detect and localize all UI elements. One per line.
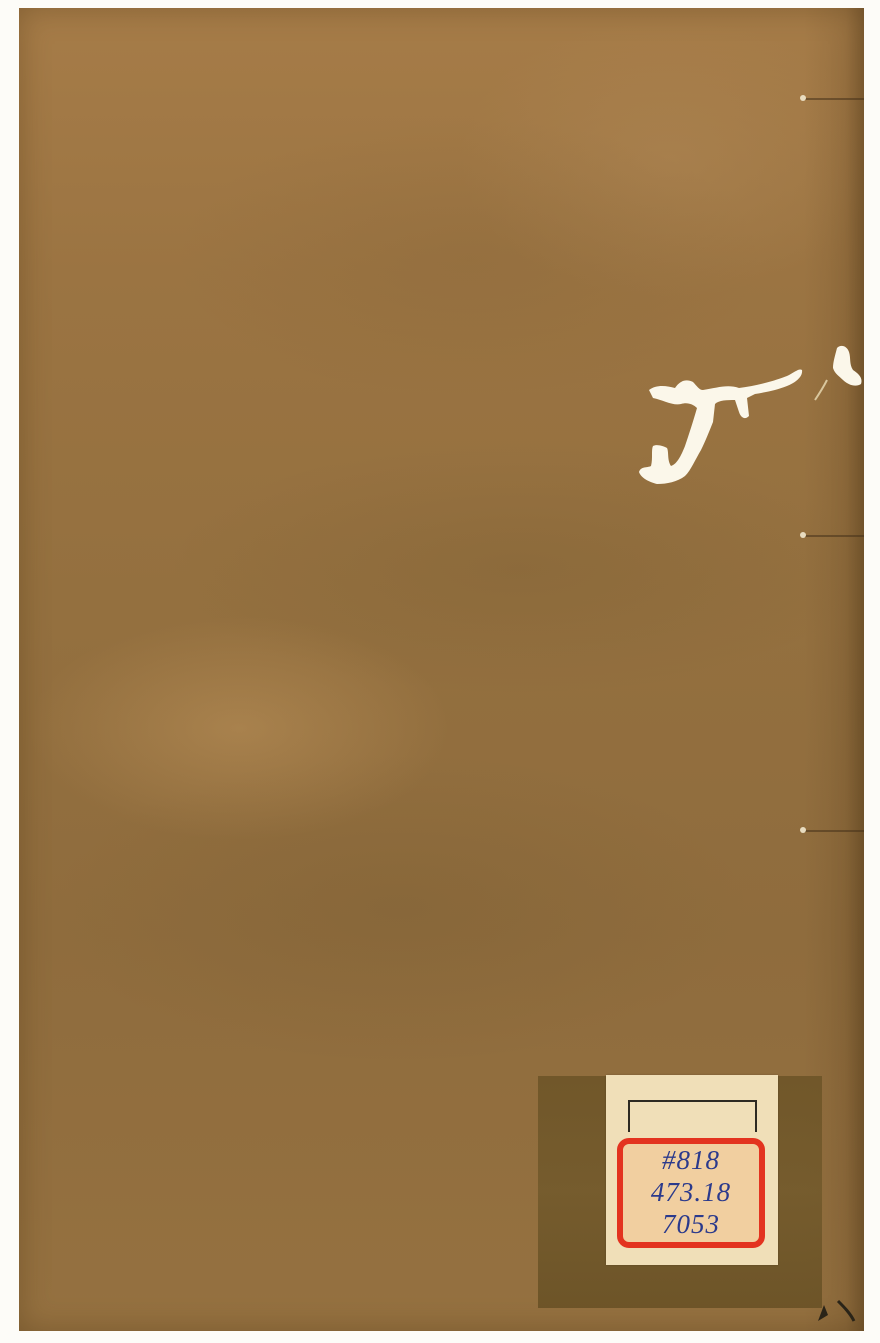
- binding-stitch-mark: [804, 830, 864, 832]
- label-line-3: 7053: [623, 1208, 759, 1240]
- label-red-frame: #818 473.18 7053: [617, 1138, 765, 1248]
- label-line-2: 473.18: [623, 1176, 759, 1208]
- label-line-1: #818: [623, 1144, 759, 1176]
- binding-stitch-mark: [804, 535, 864, 537]
- wormhole-damage: [627, 338, 867, 488]
- library-call-number-label: #818 473.18 7053: [606, 1075, 778, 1265]
- binding-stitch-mark: [804, 98, 864, 100]
- book-cover: #818 473.18 7053: [19, 8, 864, 1331]
- label-bracket-line: [628, 1100, 757, 1132]
- corner-tear-mark: [814, 1293, 859, 1328]
